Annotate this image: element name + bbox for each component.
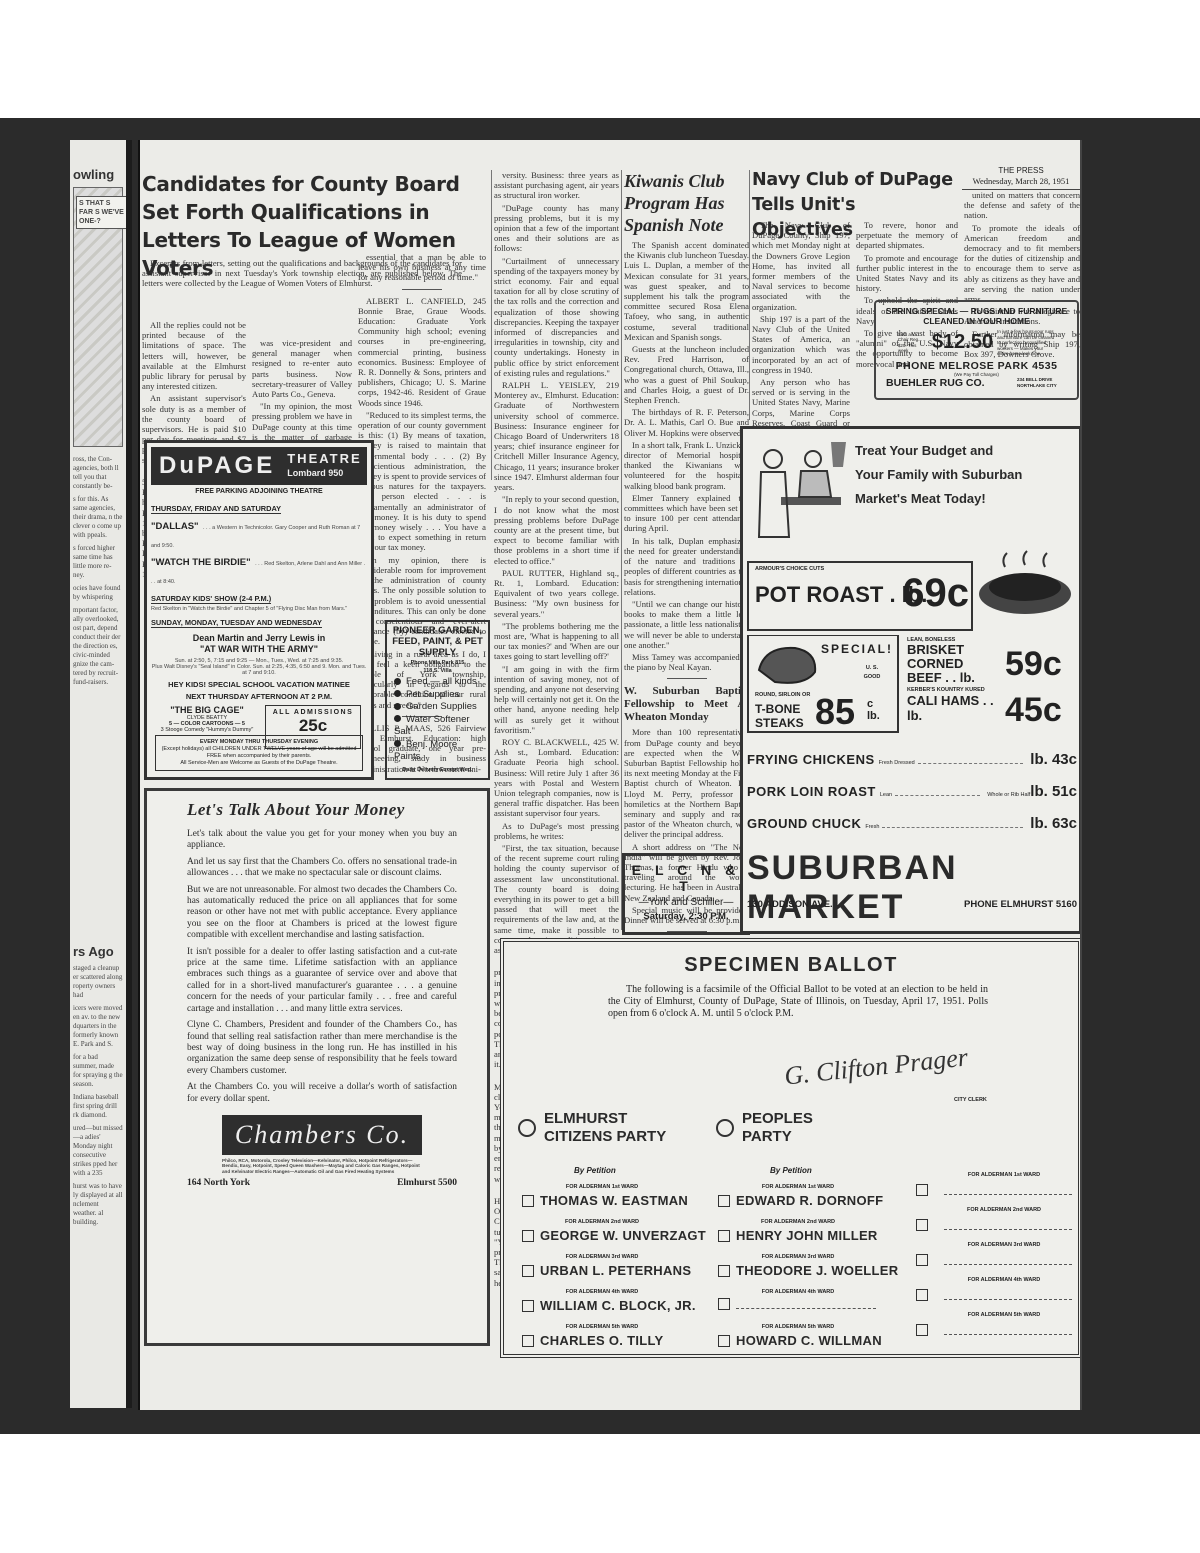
clerk-title: CITY CLERK <box>954 1097 987 1103</box>
article-paragraph: Miss Tamey was accompanied at the piano … <box>624 652 749 672</box>
strip-paragraph: ocies have found by whispering <box>73 584 123 602</box>
tagline-line: Market's Meat Today! <box>855 487 1075 511</box>
candidate-row[interactable]: WILLIAM C. BLOCK, JR. <box>522 1298 696 1313</box>
special-steak-box: SPECIAL! U. S. GOOD ROUND, SIRLOIN OR T-… <box>747 635 899 733</box>
adjacent-page-strip: owling S THAT S FAR S WE'VE ONE-? ross, … <box>70 140 132 1408</box>
market-name: SUBURBAN MARKET <box>747 849 1079 927</box>
article-paragraph: "DuPage county has many pressing problem… <box>494 203 619 254</box>
article-paragraph: RALPH L. YEISLEY, 219 Monterey av., Elmh… <box>494 380 619 492</box>
vote-checkbox[interactable] <box>916 1324 928 1336</box>
bullet-icon <box>394 703 401 710</box>
matinee-line: HEY KIDS! SPECIAL SCHOOL VACATION MATINE… <box>151 680 367 689</box>
vote-checkbox[interactable] <box>522 1195 534 1207</box>
vote-checkbox[interactable] <box>916 1219 928 1231</box>
candidate-row[interactable]: THEODORE J. WOELLER <box>718 1263 898 1278</box>
list-item: Benj. Moore Paints <box>394 739 485 764</box>
vote-checkbox[interactable] <box>916 1254 928 1266</box>
article-paragraph: The Spanish accent dominated the Kiwanis… <box>624 240 749 342</box>
suburban-market-ad: Treat Your Budget and Your Family with S… <box>740 426 1082 934</box>
candidate-name: EDWARD R. DORNOFF <box>736 1193 883 1208</box>
article-paragraph: Guests at the luncheon included Rev. Fre… <box>624 344 749 405</box>
article-paragraph: ROY C. BLACKWELL, 425 W. Ash st., Lombar… <box>494 737 619 819</box>
comic-speech-bubble: S THAT S FAR S WE'VE ONE-? <box>76 196 128 229</box>
article-paragraph: As to DuPage's most pressing problems, h… <box>494 821 619 841</box>
article-paragraph: To promote and encourage further public … <box>856 253 958 294</box>
meat-line-item: GROUND CHUCK Fresh lb. 63c <box>747 815 1077 832</box>
footer-line: All Service-Men are Welcome as Guests of… <box>159 760 359 767</box>
footer-line: EVERY MONDAY THRU THURSDAY EVENING <box>159 739 359 746</box>
brisket-name: BRISKET CORNED BEEF . . lb. <box>907 643 997 685</box>
chambers-address: 164 North York <box>187 1178 250 1188</box>
candidate-row[interactable]: HENRY JOHN MILLER <box>718 1228 878 1243</box>
vote-checkbox[interactable] <box>718 1335 730 1347</box>
rug-description: In just a few hours your rugs and furnit… <box>997 329 1055 357</box>
article-paragraph: Ship 197 is a part of the Navy Club of t… <box>752 314 850 375</box>
market-tagline: Treat Your Budget and Your Family with S… <box>855 439 1075 511</box>
write-in-line[interactable] <box>944 1334 1072 1335</box>
market-phone: PHONE ELMHURST 5160 <box>964 899 1077 910</box>
ad-paragraph: And let us say first that the Chambers C… <box>187 857 457 880</box>
special-cut: ROUND, SIRLOIN OR <box>755 692 810 698</box>
article-paragraph: To promote the ideals of American freedo… <box>964 223 1080 305</box>
footer-line: (Except holidays) all CHILDREN UNDER TWE… <box>159 746 359 760</box>
ham-name: CALI HAMS . . lb. <box>907 693 997 723</box>
theatre-footer: EVERY MONDAY THRU THURSDAY EVENING (Exce… <box>155 735 363 771</box>
bullet-icon <box>394 715 401 722</box>
ham-price: 45c <box>1005 691 1062 730</box>
vote-checkbox[interactable] <box>916 1289 928 1301</box>
pioneer-title: PIONEER GARDEN, FEED, PAINT, & PET SUPPL… <box>390 625 485 658</box>
candidate-name: CHARLES O. TILLY <box>540 1333 664 1348</box>
pioneer-garden-ad: PIONEER GARDEN, FEED, PAINT, & PET SUPPL… <box>385 620 490 780</box>
list-item: Garden Supplies <box>394 701 485 714</box>
vote-checkbox[interactable] <box>718 1195 730 1207</box>
pioneer-footer: Daily Delivery Except Wed. <box>390 767 485 773</box>
write-in-line[interactable] <box>944 1194 1072 1195</box>
ad-paragraph: Let's talk about the value you get for y… <box>187 829 457 852</box>
newspaper-page: Candidates for County Board Set Forth Qu… <box>138 140 1080 1410</box>
ad-paragraph: Clyne C. Chambers, President and founder… <box>187 1020 457 1077</box>
candidate-name: HOWARD C. WILLMAN <box>736 1333 882 1348</box>
pioneer-item-list: Feed — all kinds Pet Supplies Garden Sup… <box>390 676 485 764</box>
ad-paragraph: At the Chambers Co. you will receive a d… <box>187 1082 457 1105</box>
ward-label: FOR ALDERMAN 4th WARD <box>542 1289 662 1295</box>
clerk-signature: G. Clifton Prager <box>783 1042 969 1091</box>
ward-label: FOR ALDERMAN 5th WARD <box>542 1324 662 1330</box>
ward-label: FOR ALDERMAN 2nd WARD <box>738 1219 858 1225</box>
chambers-brands: Philco, RCA, Motorola, Crosley Televisio… <box>222 1158 422 1175</box>
party-peoples[interactable]: PEOPLES PARTY <box>716 1110 832 1146</box>
column-rule <box>491 170 492 480</box>
article-paragraph: "In reply to your second question, I do … <box>494 494 619 565</box>
matinee-line: NEXT THURSDAY AFTERNOON AT 2 P.M. <box>151 692 367 701</box>
ad-paragraph: It isn't possible for a dealer to offer … <box>187 947 457 1015</box>
article-paragraph: "I am going in with the firm intention o… <box>494 664 619 735</box>
party-circle-icon[interactable] <box>518 1119 536 1137</box>
theatre-banner: DuPAGE THEATRE Lombard 950 <box>151 447 367 485</box>
strip-paragraph: for a bad summer, made for spraying g th… <box>73 1053 123 1089</box>
special-grade: U. S. GOOD <box>857 664 887 682</box>
meat-line-item: FRYING CHICKENS Fresh Dressed lb. 43c <box>747 751 1077 768</box>
strip-paragraph: ured—but missed—a adies' Monday night co… <box>73 1124 123 1178</box>
shoppers-illustration-icon <box>751 437 851 547</box>
bullet-icon <box>394 740 401 747</box>
schedule-day: THURSDAY, FRIDAY AND SATURDAY <box>151 504 281 514</box>
big-cage-block: "THE BIG CAGE" CLYDE BEATTY 5 — COLOR CA… <box>157 705 257 733</box>
strip-paragraph: Indiana baseball first spring drill rk d… <box>73 1093 123 1120</box>
article-paragraph: "Reduced to its simplest terms, the oper… <box>358 410 486 553</box>
write-in-ward-label: FOR ALDERMAN 4th WARD <box>944 1277 1064 1283</box>
ward-label: FOR ALDERMAN 3rd WARD <box>542 1254 662 1260</box>
list-item: Water Softener Salt <box>394 714 485 739</box>
candidate-row[interactable]: THOMAS W. EASTMAN <box>522 1193 688 1208</box>
ward-label: FOR ALDERMAN 2nd WARD <box>542 1219 662 1225</box>
article-paragraph: essential that a man be able to leave hi… <box>358 252 486 283</box>
ward-label: FOR ALDERMAN 3rd WARD <box>738 1254 858 1260</box>
feature-plus: Plus Walt Disney's "Seal Island" in Colo… <box>151 664 367 676</box>
brisket-price: 59c <box>1005 645 1062 684</box>
candidate-row[interactable]: EDWARD R. DORNOFF <box>718 1193 883 1208</box>
article-paragraph: "Until we can change our history books t… <box>624 599 749 650</box>
vote-checkbox[interactable] <box>718 1230 730 1242</box>
article-paragraph: Elmer Tannery explained the committees w… <box>624 493 749 534</box>
ward-label: FOR ALDERMAN 1st WARD <box>542 1184 662 1190</box>
bullet-icon <box>394 678 401 685</box>
strip-paragraph: icers were moved en av. to the new dquar… <box>73 1004 123 1049</box>
strip-paragraph: staged a cleanup er scattered along rope… <box>73 964 123 1000</box>
list-item: Feed — all kinds <box>394 676 485 689</box>
schedule-day: SUNDAY, MONDAY, TUESDAY AND WEDNESDAY <box>151 618 322 628</box>
dateline: THE PRESS Wednesday, March 28, 1951 <box>962 166 1080 190</box>
ward-label: FOR ALDERMAN 5th WARD <box>738 1324 858 1330</box>
vote-checkbox[interactable] <box>916 1184 928 1196</box>
strip-paragraph: s for this. As same agencies, their dram… <box>73 495 123 540</box>
rug-phone: PHONE MELROSE PARK 4535 <box>880 360 1073 372</box>
specimen-ballot: SPECIMEN BALLOT The following is a facsi… <box>500 938 1082 1358</box>
write-in-row[interactable] <box>916 1219 934 1231</box>
chambers-headline: Let's Talk About Your Money <box>187 799 457 821</box>
candidate-name: HENRY JOHN MILLER <box>736 1228 878 1243</box>
meat-line-item: PORK LOIN ROAST Lean Whole or Rib Half l… <box>747 783 1077 800</box>
vote-checkbox[interactable] <box>522 1230 534 1242</box>
column-rule <box>621 170 622 930</box>
theatre-word: THEATRE <box>287 452 361 466</box>
ballot-title: SPECIMEN BALLOT <box>504 954 1078 977</box>
intro-paragraph: All the replies could not be printed bec… <box>142 320 246 391</box>
paper-name: THE PRESS <box>962 166 1080 176</box>
special-unit: c lb. <box>867 698 887 722</box>
petition-label: By Petition <box>574 1166 616 1175</box>
years-ago-heading: rs Ago <box>73 947 123 956</box>
dupage-theatre-ad: DuPAGE THEATRE Lombard 950 FREE PARKING … <box>144 440 374 780</box>
write-in-row[interactable] <box>916 1254 934 1266</box>
steak-icon <box>755 640 821 690</box>
article-paragraph: More than 100 representatives from DuPag… <box>624 727 749 839</box>
theatre-name: DuPAGE <box>159 452 275 480</box>
article-paragraph: versity. Business: three years as assist… <box>494 170 619 201</box>
roast-platter-icon <box>975 549 1075 619</box>
feature-title: "AT WAR WITH THE ARMY" <box>151 644 367 655</box>
article-paragraph: In his talk, Duplan emphasized the need … <box>624 536 749 597</box>
feature-stars: Dean Martin and Jerry Lewis in <box>151 633 367 644</box>
pot-roast-box: ARMOUR'S CHOICE CUTS POT ROAST . lb. 69c <box>747 561 973 631</box>
article-paragraph: PAUL RUTTER, Highland sq., Rt. 1, Lombar… <box>494 568 619 619</box>
write-in-ward-label: FOR ALDERMAN 2nd WARD <box>944 1207 1064 1213</box>
schedule-day: SATURDAY KIDS' SHOW (2-4 P.M.) <box>151 594 271 604</box>
write-in-ward-label: FOR ALDERMAN 3rd WARD <box>944 1242 1064 1248</box>
market-address: 130 ADDISON AVE. <box>747 899 833 910</box>
write-in-row[interactable] <box>916 1184 934 1196</box>
write-in-line[interactable] <box>944 1229 1072 1230</box>
movie-title: "WATCH THE BIRDIE" <box>151 557 251 568</box>
special-price: 85 <box>815 694 855 730</box>
list-item: Pet Supplies <box>394 689 485 702</box>
party-circle-icon[interactable] <box>716 1119 734 1137</box>
cage-title: "THE BIG CAGE" <box>157 705 257 715</box>
blank-line <box>736 1299 876 1309</box>
tagline-line: Your Family with Suburban <box>855 463 1075 487</box>
write-in-row[interactable] <box>916 1324 934 1336</box>
elcnt-location: —York and Schiller— <box>625 897 747 908</box>
candidate-row[interactable]: GEORGE W. UNVERZAGT <box>522 1228 706 1243</box>
write-in-line[interactable] <box>944 1299 1072 1300</box>
article-paragraph: united on matters that concern the defen… <box>964 190 1080 221</box>
column-rule <box>749 170 750 420</box>
rug-regular-price: Sofa and Chair Reg. $20. This week <box>898 332 928 354</box>
article-paragraph: The birthdays of R. F. Peterson, Dr. A. … <box>624 407 749 438</box>
strip-paragraph: s forced higher same time has little mor… <box>73 544 123 580</box>
tagline-line: Treat Your Budget and <box>855 439 1075 463</box>
comic-illustration: S THAT S FAR S WE'VE ONE-? <box>73 187 123 447</box>
candidate-name: WILLIAM C. BLOCK, JR. <box>540 1298 696 1313</box>
article-paragraph: In a short talk, Frank L. Unzicker, dire… <box>624 440 749 491</box>
elcnt-time: Saturday, 2:30 P.M. <box>625 911 747 922</box>
parking-note: FREE PARKING ADJOINING THEATRE <box>151 488 367 495</box>
article-paragraph: was vice-president and general manager w… <box>252 338 352 399</box>
article-paragraph: "The problems bothering me the most are,… <box>494 621 619 662</box>
chambers-phone: Elmhurst 5500 <box>397 1178 457 1188</box>
strip-paragraph: mportant factor, ally overlooked, ost pa… <box>73 606 123 687</box>
article-paragraph: "Curtailment of unnecessary spending of … <box>494 256 619 378</box>
elcnt-title: E L C N & T <box>625 862 747 894</box>
vote-checkbox[interactable] <box>718 1265 730 1277</box>
candidate-canfield: ALBERT L. CANFIELD, 245 Bonnie Brae, Gra… <box>358 296 486 408</box>
vote-checkbox[interactable] <box>522 1265 534 1277</box>
vote-checkbox[interactable] <box>718 1298 730 1310</box>
strip-paragraph: ross, the Con- agencies, both ll tell yo… <box>73 455 123 491</box>
candidate-name: URBAN L. PETERHANS <box>540 1263 691 1278</box>
write-in-ward-label: FOR ALDERMAN 1st WARD <box>944 1172 1064 1178</box>
candidate-row[interactable]: URBAN L. PETERHANS <box>522 1263 691 1278</box>
divider <box>667 678 707 679</box>
pioneer-address: 118 S. Villa <box>390 668 485 674</box>
years-ago-text: staged a cleanup er scattered along rope… <box>73 964 123 1227</box>
candidate-row[interactable]: CHARLES O. TILLY <box>522 1333 664 1348</box>
bullet-icon <box>394 690 401 697</box>
write-in-ward-label: FOR ALDERMAN 5th WARD <box>944 1312 1064 1318</box>
kids-show-note: Red Skelton in "Watch the Birdie" and Ch… <box>151 606 367 612</box>
ballot-description: The following is a facsimile of the Offi… <box>608 984 988 1020</box>
rug-headline: SPRING SPECIAL — RUGS AND FURNITURE CLEA… <box>880 306 1073 326</box>
party-elmhurst-citizens[interactable]: ELMHURST CITIZENS PARTY <box>518 1110 684 1146</box>
vote-checkbox[interactable] <box>522 1335 534 1347</box>
baptist-headline: W. Suburban Baptist Fellowship to Meet A… <box>624 685 749 724</box>
strip-paragraph: hurst was to have ly displayed at all nc… <box>73 1182 123 1227</box>
rug-price: $12.50 <box>932 331 993 354</box>
admission-label: ALL ADMISSIONS <box>266 709 360 716</box>
vote-checkbox[interactable] <box>522 1300 534 1312</box>
ad-paragraph: But we are not unreasonable. For almost … <box>187 885 457 942</box>
page-edge-rule <box>1080 140 1082 1410</box>
rug-address: 234 BELL DRIVE NORTHLAKE CITY <box>1017 377 1067 388</box>
divider <box>402 289 442 290</box>
article-paragraph: To revere, honor and perpetuate the memo… <box>856 220 958 251</box>
pioneer-phone: Phone Villa Park 815 <box>390 660 485 666</box>
buehler-rug-ad: SPRING SPECIAL — RUGS AND FURNITURE CLEA… <box>874 300 1079 400</box>
kiwanis-headline: Kiwanis Club Program Has Spanish Note <box>624 170 749 236</box>
chambers-logo: Chambers Co. <box>222 1115 422 1155</box>
special-name: T-BONE STEAKS <box>755 702 811 730</box>
strip-text: ross, the Con- agencies, both ll tell yo… <box>73 455 123 687</box>
movie-title: "DALLAS" <box>151 521 199 532</box>
issue-date: Wednesday, March 28, 1951 <box>962 176 1080 186</box>
pot-roast-price: 69c <box>902 571 969 616</box>
ward-label: FOR ALDERMAN 1st WARD <box>738 1184 858 1190</box>
candidate-name: THEODORE J. WOELLER <box>736 1263 898 1278</box>
write-in-line[interactable] <box>944 1264 1072 1265</box>
special-heading: SPECIAL! <box>821 642 893 656</box>
strip-heading: owling <box>73 170 123 179</box>
admission-price: 25c <box>266 716 360 736</box>
theatre-phone: Lombard 950 <box>287 466 361 480</box>
chambers-co-ad: Let's Talk About Your Money Let's talk a… <box>144 788 490 1346</box>
candidate-name: THOMAS W. EASTMAN <box>540 1193 688 1208</box>
candidate-row[interactable] <box>718 1298 876 1310</box>
petition-label: By Petition <box>770 1166 812 1175</box>
write-in-row[interactable] <box>916 1289 934 1301</box>
ward-label: FOR ALDERMAN 4th WARD <box>738 1289 858 1295</box>
candidate-row[interactable]: HOWARD C. WILLMAN <box>718 1333 882 1348</box>
article-paragraph: The Navy Club of DuPage County, Ship 197… <box>752 220 850 312</box>
rug-company: BUEHLER RUG CO. <box>886 377 985 389</box>
cage-comedy: 3 Stooge Comedy "Hummy's Dummy" <box>157 727 257 733</box>
candidate-name: GEORGE W. UNVERZAGT <box>540 1228 706 1243</box>
elcnt-ad: E L C N & T —York and Schiller— Saturday… <box>622 853 750 935</box>
